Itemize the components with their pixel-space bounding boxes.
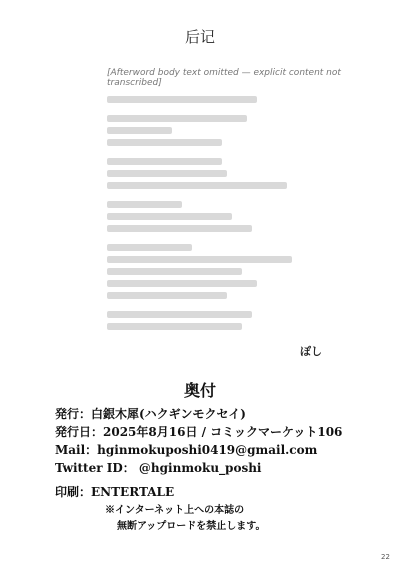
text-line-placeholder [107,323,242,330]
text-line-placeholder [107,170,227,177]
colophon-printer: 印刷：ENTERTALE [55,483,174,500]
text-line-placeholder [107,96,257,103]
text-line-placeholder [107,182,287,189]
afterword-paragraph [107,115,347,146]
text-line-placeholder [107,244,192,251]
text-line-placeholder [107,115,247,122]
colophon-publisher: 発行：白銀木犀(ハクギンモクセイ) [55,405,385,423]
afterword-paragraph [107,244,347,299]
afterword-paragraph [107,96,347,103]
text-line-placeholder [107,201,182,208]
afterword-paragraph [107,158,347,189]
author-signature: ぽし [300,343,322,359]
colophon-date: 発行日：2025年8月16日 / コミックマーケット106 [55,423,385,441]
upload-notice: ※インターネット上への本誌の 無断アップロードを禁止します。 [105,503,345,535]
text-line-placeholder [107,213,232,220]
afterword-body: [Afterword body text omitted — explicit … [107,68,347,342]
text-line-placeholder [107,158,222,165]
omitted-content-notice: [Afterword body text omitted — explicit … [107,68,347,88]
colophon: 発行：白銀木犀(ハクギンモクセイ) 発行日：2025年8月16日 / コミックマ… [55,405,385,477]
text-line-placeholder [107,139,222,146]
text-line-placeholder [107,292,227,299]
text-line-placeholder [107,256,292,263]
colophon-title: 奥付 [0,378,400,401]
text-line-placeholder [107,127,172,134]
text-line-placeholder [107,280,257,287]
text-line-placeholder [107,225,252,232]
afterword-paragraph [107,311,347,330]
text-line-placeholder [107,268,242,275]
text-line-placeholder [107,311,252,318]
page-number: 22 [381,553,390,561]
colophon-twitter: Twitter ID： @hginmoku_poshi [55,459,385,477]
upload-notice-line-2: 無断アップロードを禁止します。 [105,519,345,535]
upload-notice-line-1: ※インターネット上への本誌の [105,503,345,519]
colophon-mail: Mail：hginmokuposhi0419@gmail.com [55,441,385,459]
afterword-paragraph [107,201,347,232]
afterword-title: 后记 [0,26,400,47]
